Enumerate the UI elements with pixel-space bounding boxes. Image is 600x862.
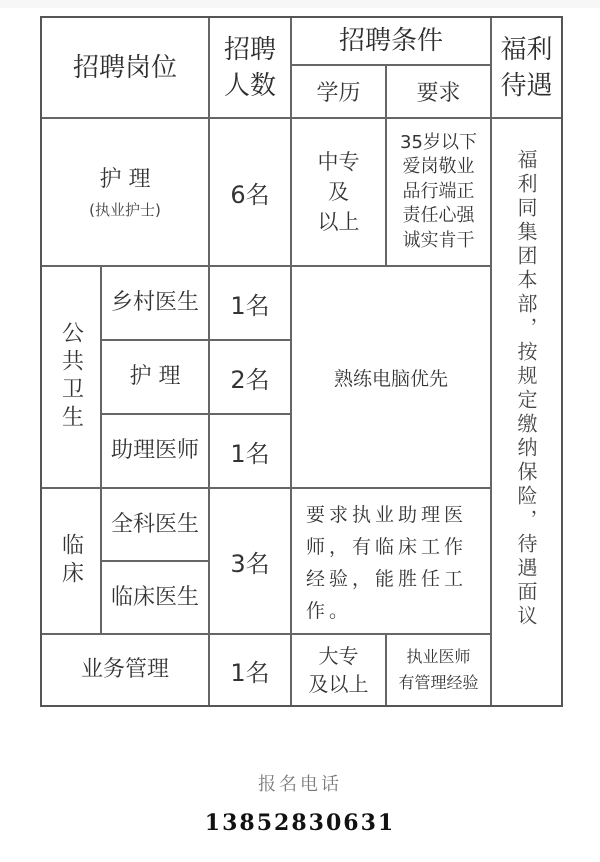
row-business-management-requirements: 执业医师 有管理经验 <box>387 635 490 705</box>
header-benefits: 福利 待遇 <box>492 18 561 117</box>
header-education-label: 学历 <box>316 76 360 107</box>
row-business-management-education: 大专 及以上 <box>292 635 385 705</box>
benefits-value: 福利同集团本部，按规定缴纳保险，待遇面议 <box>512 149 541 629</box>
header-headcount: 招聘 人数 <box>210 18 290 117</box>
header-position: 招聘岗位 <box>42 18 208 117</box>
row-ph-nursing-position: 护 理 <box>102 341 208 413</box>
header-requirements: 要求 <box>387 66 490 117</box>
group-public-health: 公共卫生 <box>42 267 100 487</box>
top-strip <box>0 0 600 8</box>
position-label: 临床医生 <box>111 583 199 613</box>
row-clinical-doctor-position: 临床医生 <box>102 562 208 633</box>
header-conditions: 招聘条件 <box>292 18 490 64</box>
row-assistant-physician-headcount: 1名 <box>210 415 290 487</box>
row-assistant-physician-position: 助理医师 <box>102 415 208 487</box>
headcount-value: 6名 <box>230 175 269 210</box>
row-general-practitioner-position: 全科医生 <box>102 489 208 560</box>
header-requirements-label: 要求 <box>416 76 460 107</box>
row-village-doctor-position: 乡村医生 <box>102 267 208 339</box>
position-label: 护 理 <box>100 165 151 195</box>
group-clinical: 临床 <box>42 489 100 633</box>
signup-phone-number[interactable]: 13852830631 <box>0 810 600 836</box>
public-health-requirements: 熟练电脑优先 <box>292 267 490 487</box>
position-label: 助理医师 <box>111 436 199 466</box>
row-nursing-position: 护 理 (执业护士) <box>42 119 208 265</box>
headcount-value: 2名 <box>230 360 269 395</box>
group-label: 公共卫生 <box>56 321 87 433</box>
position-label: 全科医生 <box>111 510 199 540</box>
signup-phone-label: 报名电话 <box>0 770 600 796</box>
requirements-value: 熟练电脑优先 <box>334 364 448 391</box>
position-label: 业务管理 <box>81 655 169 685</box>
header-headcount-label: 招聘 人数 <box>224 32 276 104</box>
position-label: 乡村医生 <box>111 288 199 318</box>
requirements-value: 要求执业助理医师，有临床工作经验，能胜任工作。 <box>306 499 476 627</box>
row-nursing-requirements: 35岁以下 爱岗敬业 品行端正 责任心强 诚实肯干 <box>387 119 490 265</box>
benefits-cell: 福利同集团本部，按规定缴纳保险，待遇面议 <box>492 119 561 705</box>
headcount-value: 1名 <box>230 653 269 688</box>
headcount-value: 1名 <box>230 286 269 321</box>
group-label: 临床 <box>56 533 87 589</box>
header-position-label: 招聘岗位 <box>73 50 177 86</box>
row-nursing-headcount: 6名 <box>210 119 290 265</box>
header-benefits-label: 福利 待遇 <box>500 32 552 104</box>
headcount-value: 1名 <box>230 434 269 469</box>
education-value: 中专 及 以上 <box>318 147 360 237</box>
row-business-management-position: 业务管理 <box>42 635 208 705</box>
row-business-management-headcount: 1名 <box>210 635 290 705</box>
position-note: (执业护士) <box>89 199 161 220</box>
header-conditions-label: 招聘条件 <box>339 23 443 59</box>
headcount-value: 3名 <box>230 544 269 579</box>
header-education: 学历 <box>292 66 385 117</box>
row-ph-nursing-headcount: 2名 <box>210 341 290 413</box>
clinical-requirements: 要求执业助理医师，有临床工作经验，能胜任工作。 <box>292 489 490 633</box>
recruitment-table: 招聘岗位 招聘 人数 招聘条件 学历 要求 福利 待遇 护 理 (执业护士) 6… <box>40 16 563 707</box>
row-nursing-education: 中专 及 以上 <box>292 119 385 265</box>
education-value: 大专 及以上 <box>309 642 369 698</box>
row-village-doctor-headcount: 1名 <box>210 267 290 339</box>
position-label: 护 理 <box>130 362 181 392</box>
requirements-value: 执业医师 有管理经验 <box>398 644 478 696</box>
requirements-value: 35岁以下 爱岗敬业 品行端正 责任心强 诚实肯干 <box>400 131 477 254</box>
row-clinical-headcount: 3名 <box>210 489 290 633</box>
